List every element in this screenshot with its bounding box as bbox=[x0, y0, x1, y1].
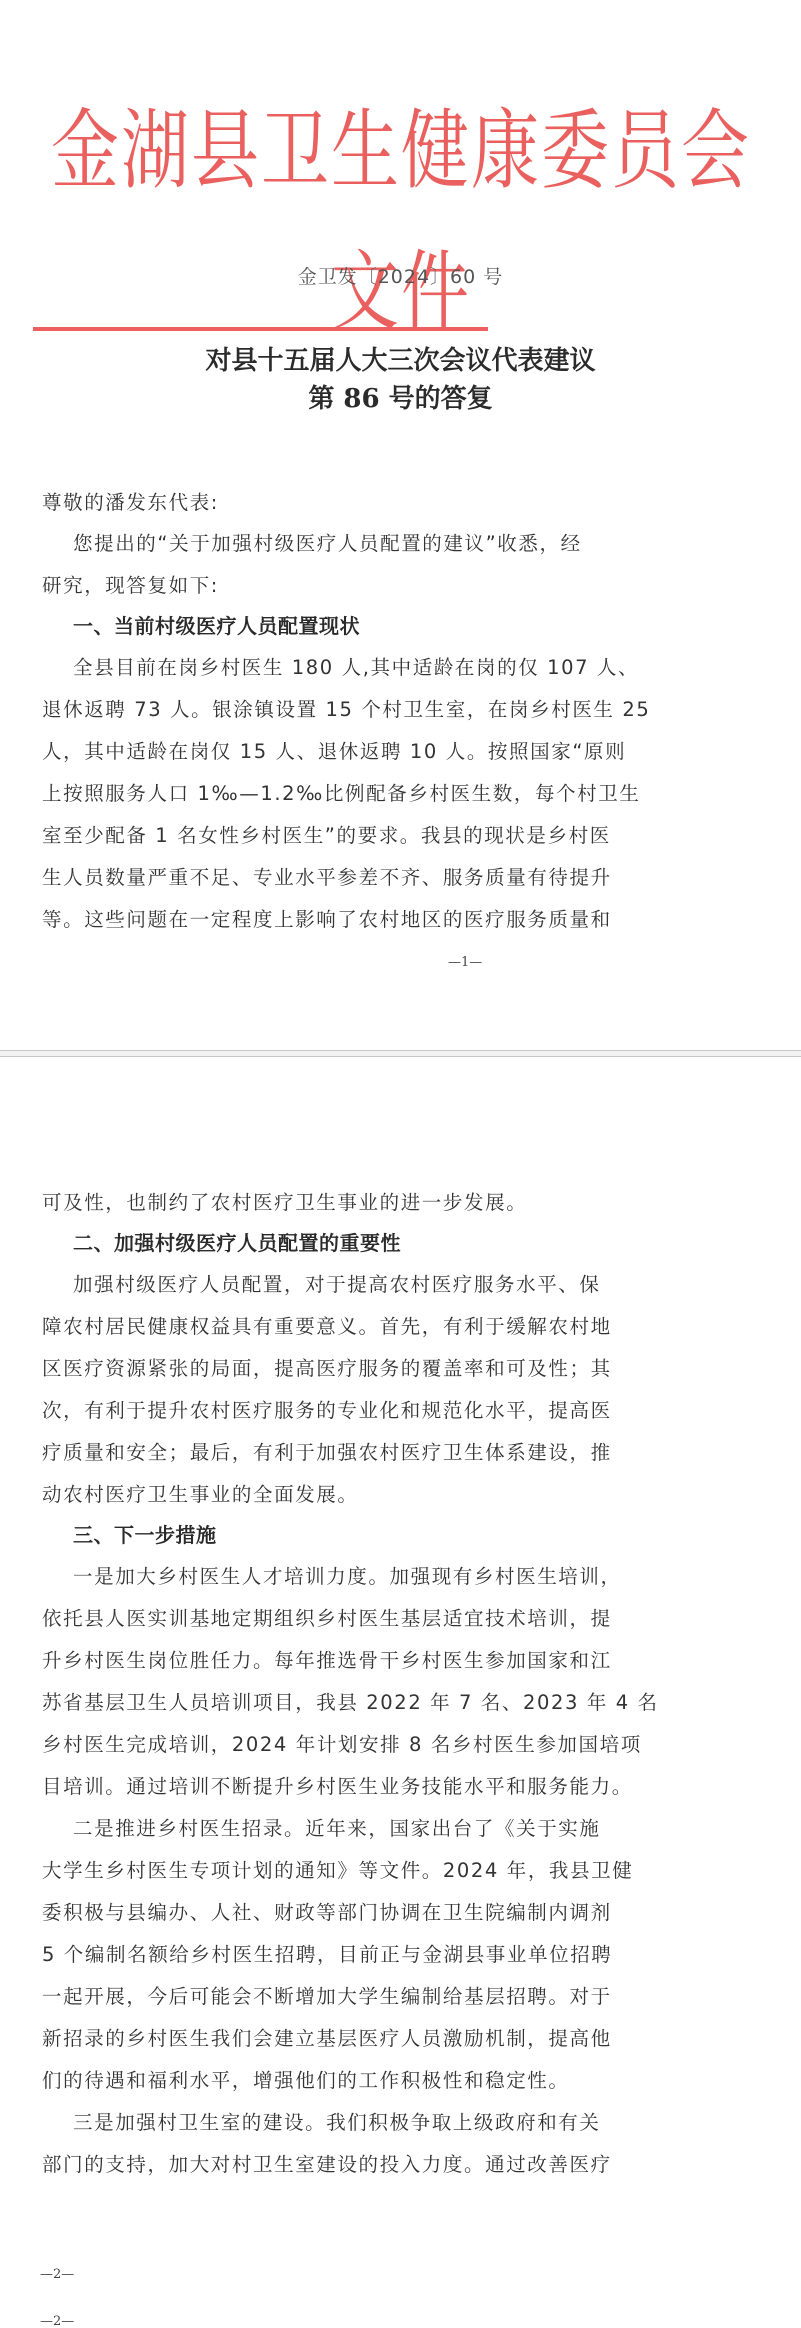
body-line: 目培训。通过培训不断提升乡村医生业务技能水平和服务能力。 bbox=[42, 1771, 472, 1799]
body-line: 5 个编制名额给乡村医生招聘，目前正与金湖县事业单位招聘 bbox=[42, 1939, 472, 1967]
body-line: 可及性，也制约了农村医疗卫生事业的进一步发展。 bbox=[42, 1187, 472, 1215]
body-line: 区医疗资源紧张的局面，提高医疗服务的覆盖率和可及性；其 bbox=[42, 1353, 472, 1381]
reply-title-line-2: 第 86 号的答复 bbox=[0, 378, 801, 415]
body-line: 升乡村医生岗位胜任力。每年推选骨干乡村医生参加国家和江 bbox=[42, 1645, 472, 1673]
body-line: 全县目前在岗乡村医生 180 人,其中适龄在岗的仅 107 人、 bbox=[73, 652, 472, 680]
body-line: 大学生乡村医生专项计划的通知》等文件。2024 年，我县卫健 bbox=[42, 1855, 472, 1883]
body-line: 上按照服务人口 1‰—1.2‰比例配备乡村医生数，每个村卫生 bbox=[42, 778, 472, 806]
body-line: 一起开展，今后可能会不断增加大学生编制给基层招聘。对于 bbox=[42, 1981, 472, 2009]
body-line: 加强村级医疗人员配置，对于提高农村医疗服务水平、保 bbox=[73, 1269, 472, 1297]
body-line: 障农村居民健康权益具有重要意义。首先，有利于缓解农村地 bbox=[42, 1311, 472, 1339]
body-line: 退休返聘 73 人。银涂镇设置 15 个村卫生室，在岗乡村医生 25 bbox=[42, 694, 472, 722]
body-line: 依托县人医实训基地定期组织乡村医生基层适宜技术培训，提 bbox=[42, 1603, 472, 1631]
salutation: 尊敬的潘发东代表: bbox=[42, 487, 472, 515]
body-line: 次，有利于提升农村医疗服务的专业化和规范化水平，提高医 bbox=[42, 1395, 472, 1423]
section-heading-1: 一、当前村级医疗人员配置现状 bbox=[73, 610, 360, 639]
body-line: 人，其中适龄在岗仅 15 人、退休返聘 10 人。按照国家“原则 bbox=[42, 736, 472, 764]
page-number: —2— bbox=[40, 2314, 74, 2328]
document-page-2: 可及性，也制约了农村医疗卫生事业的进一步发展。 二、加强村级医疗人员配置的重要性… bbox=[0, 1057, 801, 2328]
body-line: 生人员数量严重不足、专业水平参差不齐、服务质量有待提升 bbox=[42, 862, 472, 890]
document-number: 金卫发〔2024〕60 号 bbox=[0, 262, 801, 289]
body-line: 一是加大乡村医生人才培训力度。加强现有乡村医生培训， bbox=[73, 1561, 472, 1589]
body-line: 部门的支持，加大对村卫生室建设的投入力度。通过改善医疗 bbox=[42, 2149, 472, 2177]
body-line: 三是加强村卫生室的建设。我们积极争取上级政府和有关 bbox=[73, 2107, 472, 2135]
body-line: 乡村医生完成培训，2024 年计划安排 8 名乡村医生参加国培项 bbox=[42, 1729, 472, 1757]
body-line: 动农村医疗卫生事业的全面发展。 bbox=[42, 1479, 472, 1507]
page-number: —2— bbox=[40, 2267, 74, 2282]
body-line: 二是推进乡村医生招录。近年来，国家出台了《关于实施 bbox=[73, 1813, 472, 1841]
body-line: 们的待遇和福利水平，增强他们的工作积极性和稳定性。 bbox=[42, 2065, 472, 2093]
section-heading-3: 三、下一步措施 bbox=[73, 1519, 217, 1548]
body-line: 室至少配备 1 名女性乡村医生”的要求。我县的现状是乡村医 bbox=[42, 820, 472, 848]
masthead-title: 金湖县卫生健康委员会文件 bbox=[36, 82, 766, 364]
intro-line: 您提出的“关于加强村级医疗人员配置的建议”收悉，经 bbox=[73, 528, 472, 556]
body-line: 疗质量和安全；最后，有利于加强农村医疗卫生体系建设，推 bbox=[42, 1437, 472, 1465]
body-line: 委积极与县编办、人社、财政等部门协调在卫生院编制内调剂 bbox=[42, 1897, 472, 1925]
body-line: 等。这些问题在一定程度上影响了农村地区的医疗服务质量和 bbox=[42, 904, 472, 932]
intro-line: 研究，现答复如下: bbox=[42, 570, 472, 598]
body-line: 苏省基层卫生人员培训项目，我县 2022 年 7 名、2023 年 4 名 bbox=[42, 1687, 472, 1715]
page-number: —1— bbox=[448, 955, 482, 970]
document-page-1: 金湖县卫生健康委员会文件 金卫发〔2024〕60 号 对县十五届人大三次会议代表… bbox=[0, 0, 801, 1050]
page-separator bbox=[0, 1050, 801, 1057]
reply-title-line-1: 对县十五届人大三次会议代表建议 bbox=[0, 340, 801, 377]
body-line: 新招录的乡村医生我们会建立基层医疗人员激励机制，提高他 bbox=[42, 2023, 472, 2051]
section-heading-2: 二、加强村级医疗人员配置的重要性 bbox=[73, 1227, 401, 1256]
red-divider-rule bbox=[33, 327, 488, 331]
